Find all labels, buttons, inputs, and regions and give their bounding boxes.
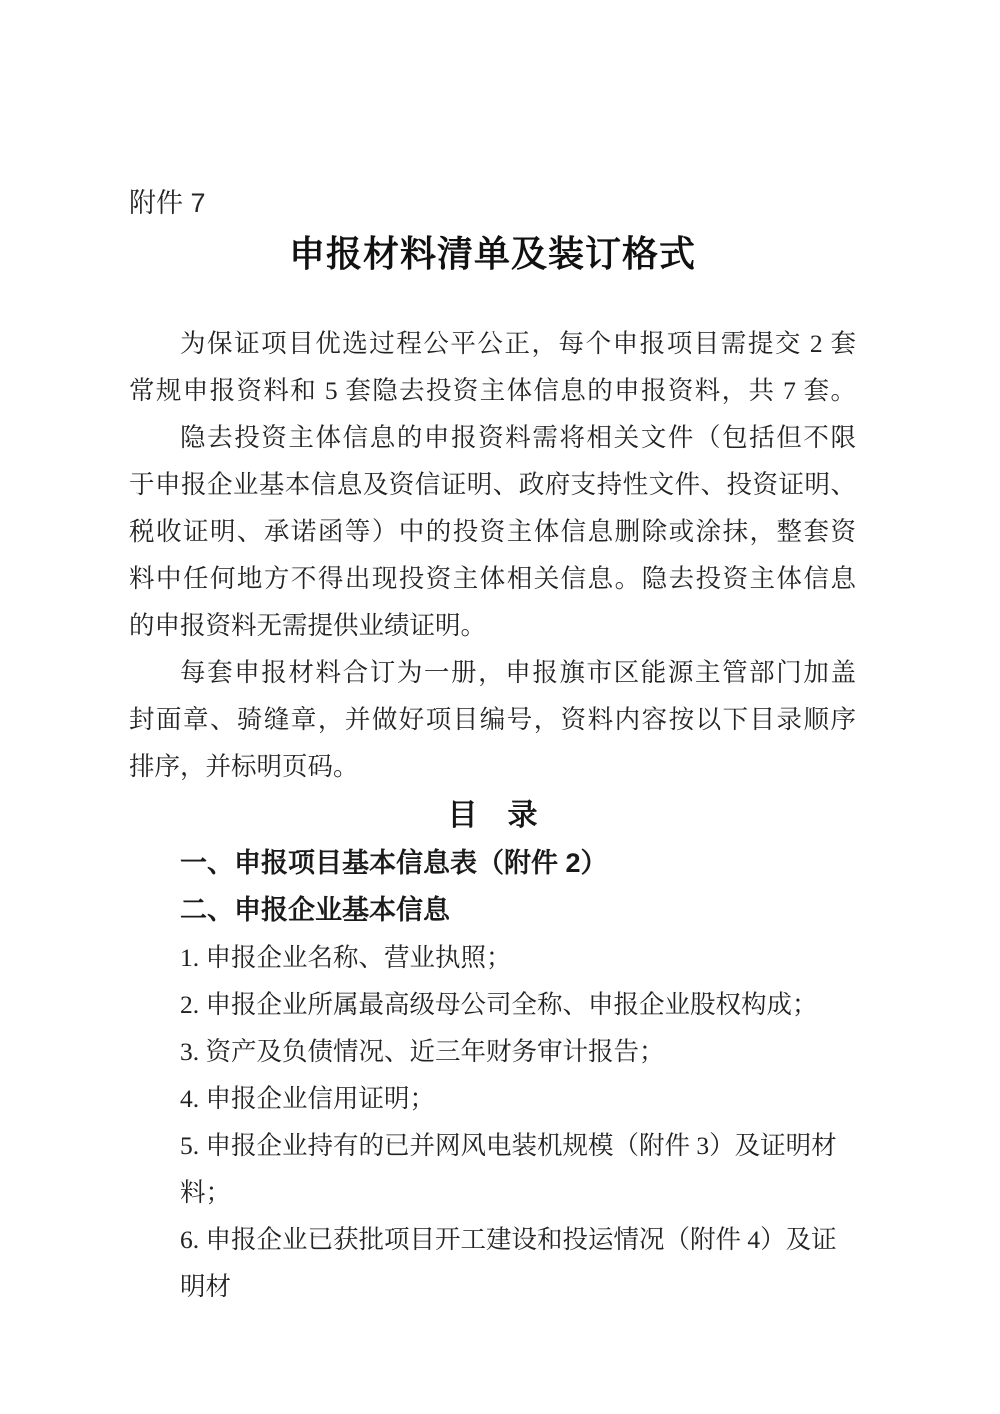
document-page: 附件 7 申报材料清单及装订格式 为保证项目优选过程公平公正，每个申报项目需提交…	[0, 0, 1000, 1414]
toc-heading: 目 录	[129, 792, 856, 840]
paragraph-line: 为保证项目优选过程公平公正，每个申报项目需提交 2 套	[129, 320, 856, 367]
document-title: 申报材料清单及装订格式	[129, 230, 856, 278]
toc-item-4: 4. 申报企业信用证明；	[129, 1075, 856, 1122]
body-text: 为保证项目优选过程公平公正，每个申报项目需提交 2 套 常规申报资料和 5 套隐…	[129, 320, 856, 790]
paragraph-line: 税收证明、承诺函等）中的投资主体信息删除或涂抹，整套资	[129, 508, 856, 555]
page-content: 附件 7 申报材料清单及装订格式 为保证项目优选过程公平公正，每个申报项目需提交…	[129, 186, 856, 1310]
toc-item-6: 6. 申报企业已获批项目开工建设和投运情况（附件 4）及证明材	[129, 1216, 856, 1310]
toc-item-1: 1. 申报企业名称、营业执照；	[129, 934, 856, 981]
attachment-label: 附件 7	[129, 186, 856, 220]
toc-list: 一、申报项目基本信息表（附件 2） 二、申报企业基本信息 1. 申报企业名称、营…	[129, 840, 856, 1310]
paragraph-line: 的申报资料无需提供业绩证明。	[129, 602, 856, 649]
toc-section-enterprise-info: 二、申报企业基本信息	[129, 887, 856, 934]
paragraph-line: 常规申报资料和 5 套隐去投资主体信息的申报资料，共 7 套。	[129, 367, 856, 414]
paragraph-line: 每套申报材料合订为一册，申报旗市区能源主管部门加盖	[129, 649, 856, 696]
toc-item-3: 3. 资产及负债情况、近三年财务审计报告；	[129, 1028, 856, 1075]
paragraph-anonymized-materials: 隐去投资主体信息的申报资料需将相关文件（包括但不限 于申报企业基本信息及资信证明…	[129, 414, 856, 649]
paragraph-submission-sets: 为保证项目优选过程公平公正，每个申报项目需提交 2 套 常规申报资料和 5 套隐…	[129, 320, 856, 414]
paragraph-line: 排序，并标明页码。	[129, 743, 856, 790]
toc-item-5: 5. 申报企业持有的已并网风电装机规模（附件 3）及证明材料；	[129, 1122, 856, 1216]
toc-section-project-info: 一、申报项目基本信息表（附件 2）	[129, 840, 856, 887]
paragraph-line: 隐去投资主体信息的申报资料需将相关文件（包括但不限	[129, 414, 856, 461]
paragraph-line: 于申报企业基本信息及资信证明、政府支持性文件、投资证明、	[129, 461, 856, 508]
paragraph-line: 料中任何地方不得出现投资主体相关信息。隐去投资主体信息	[129, 555, 856, 602]
toc-item-2: 2. 申报企业所属最高级母公司全称、申报企业股权构成；	[129, 981, 856, 1028]
paragraph-binding-requirements: 每套申报材料合订为一册，申报旗市区能源主管部门加盖 封面章、骑缝章，并做好项目编…	[129, 649, 856, 790]
paragraph-line: 封面章、骑缝章，并做好项目编号，资料内容按以下目录顺序	[129, 696, 856, 743]
